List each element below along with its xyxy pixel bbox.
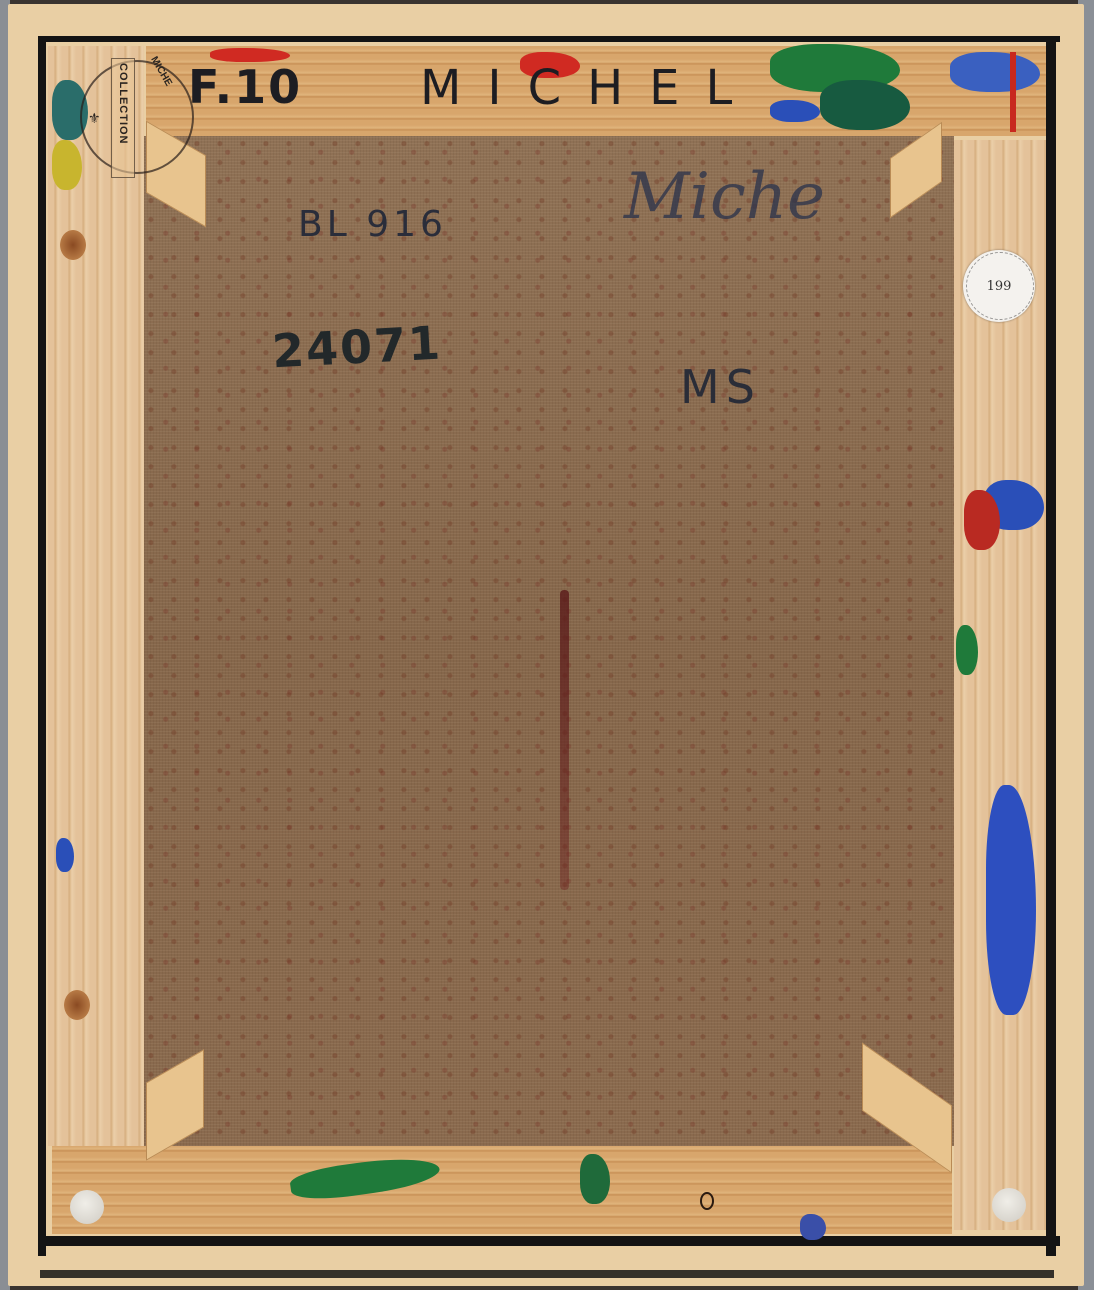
inscription-ms: MS (680, 360, 761, 414)
paint-darkgreen-top (820, 80, 910, 130)
frame-inner-border-right (1046, 36, 1056, 1256)
paint-red-stripe-top-right (1010, 52, 1016, 132)
felt-bumper-right (992, 1188, 1026, 1222)
frame-inner-border-left (38, 36, 46, 1256)
paint-yellow-left (52, 140, 82, 190)
inscription-24071: 24071 (271, 316, 444, 379)
inscription-bl916: BL 916 (298, 204, 447, 245)
paint-darkgreen-bottom (580, 1154, 610, 1204)
frame-outer-shadow-bottom (40, 1270, 1054, 1278)
wood-knot-left-bottom (64, 990, 90, 1020)
paint-blue-left (56, 838, 74, 872)
paint-blue-bottom (800, 1214, 826, 1240)
stretcher-bar-left (48, 46, 144, 1146)
sticker-ring-text (966, 252, 1034, 320)
stamp-vertical-text: COLLECTION (117, 63, 129, 145)
inscription-michel: MICHEL (420, 60, 758, 116)
wood-knot-bottom (700, 1192, 714, 1210)
fleur-de-lis-icon: ⚜ (88, 110, 101, 127)
paint-blue-top-right (950, 52, 1040, 92)
frame-inner-border-bottom (38, 1236, 1060, 1246)
paint-green-right (956, 625, 978, 675)
wood-knot-left-top (60, 230, 86, 260)
felt-bumper-left (70, 1190, 104, 1224)
inscription-f10: F.10 (188, 60, 302, 114)
stamp-label-box: COLLECTION (111, 58, 135, 178)
inscription-signature: Miche (624, 160, 825, 234)
paint-drip (560, 590, 569, 890)
frame-inner-border-top (38, 36, 1060, 42)
canvas-linen (144, 136, 954, 1146)
paint-blue-top (770, 100, 820, 122)
